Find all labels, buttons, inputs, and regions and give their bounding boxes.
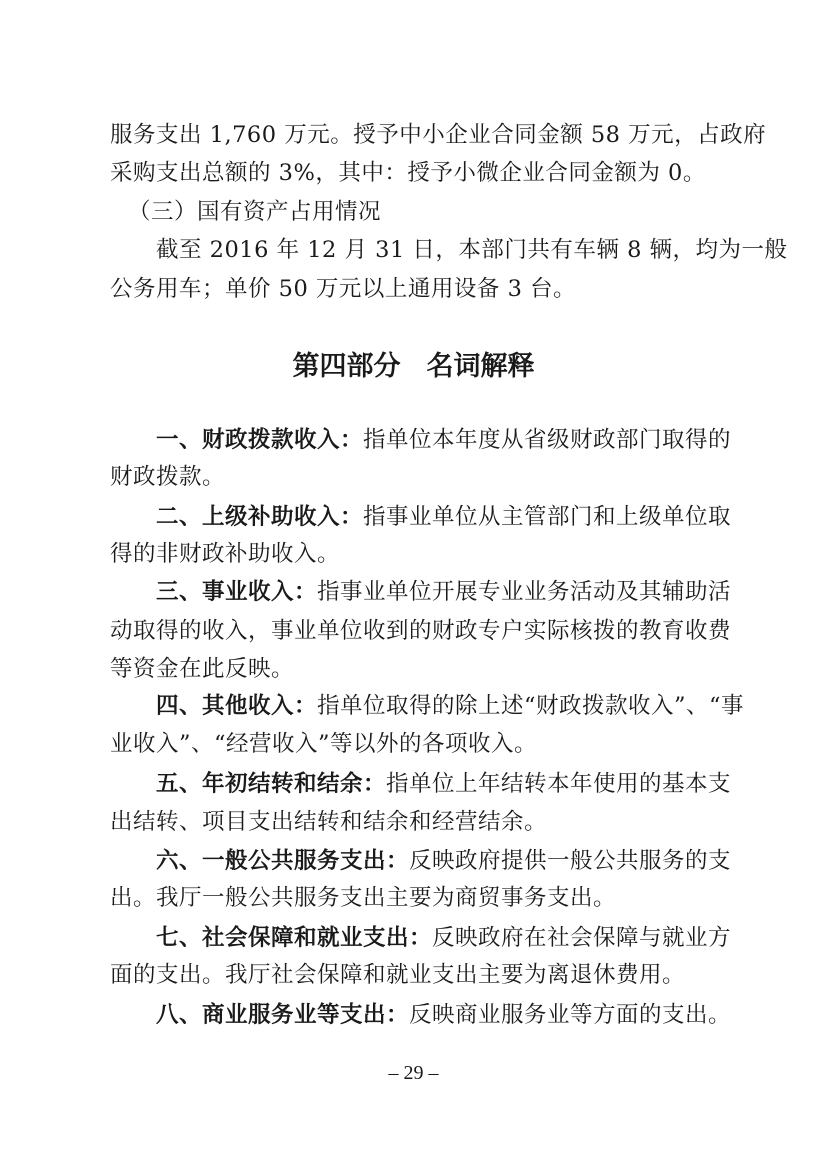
paragraph-line: 财政拨款。: [110, 463, 716, 491]
subsection-heading: （三）国有资产占用情况: [128, 198, 688, 226]
paragraph-line: 业收入”、“经营收入”等以外的各项收入。: [110, 730, 716, 758]
paragraph-line: 面的支出。我厅社会保障和就业支出主要为离退休费用。: [110, 961, 716, 989]
definition-term: 六、一般公共服务支出：: [156, 848, 409, 874]
page-number: – 29 –: [0, 1062, 827, 1085]
definition-text: 指单位取得的除上述“财政拨款收入”、“事: [317, 693, 744, 719]
definition-term: 五、年初结转和结余：: [156, 771, 386, 797]
section-title: 第四部分名词解释: [0, 344, 827, 383]
definition-4: 四、其他收入：指单位取得的除上述“财政拨款收入”、“事: [156, 692, 716, 720]
definition-term: 八、商业服务业等支出：: [156, 1002, 409, 1028]
paragraph-line: 服务支出 1,760 万元。授予中小企业合同金额 58 万元，占政府: [110, 121, 716, 149]
definition-term: 一、财政拨款收入：: [156, 427, 363, 453]
paragraph-line: 公务用车；单价 50 万元以上通用设备 3 台。: [110, 275, 716, 303]
definition-text: 指事业单位从主管部门和上级单位取: [363, 504, 731, 530]
paragraph-line: 得的非财政补助收入。: [110, 540, 716, 568]
paragraph-line: 截至 2016 年 12 月 31 日，本部门共有车辆 8 辆，均为一般: [156, 236, 716, 264]
definition-text: 反映政府在社会保障与就业方: [432, 925, 731, 951]
definition-term: 四、其他收入：: [156, 693, 317, 719]
definition-1: 一、财政拨款收入：指单位本年度从省级财政部门取得的: [156, 426, 716, 454]
definition-8: 八、商业服务业等支出：反映商业服务业等方面的支出。: [156, 1001, 716, 1029]
definition-7: 七、社会保障和就业支出：反映政府在社会保障与就业方: [156, 924, 716, 952]
paragraph-line: 出结转、项目支出结转和结余和经营结余。: [110, 808, 716, 836]
section-title-part: 第四部分: [293, 351, 401, 382]
definition-term: 二、上级补助收入：: [156, 504, 363, 530]
definition-text: 反映商业服务业等方面的支出。: [409, 1002, 731, 1028]
definition-2: 二、上级补助收入：指事业单位从主管部门和上级单位取: [156, 503, 716, 531]
definition-term: 七、社会保障和就业支出：: [156, 925, 432, 951]
definition-5: 五、年初结转和结余：指单位上年结转本年使用的基本支: [156, 770, 716, 798]
definition-text: 反映政府提供一般公共服务的支: [409, 848, 731, 874]
paragraph-line: 动取得的收入，事业单位收到的财政专户实际核拨的教育收费: [110, 617, 716, 645]
paragraph-line: 出。我厅一般公共服务支出主要为商贸事务支出。: [110, 884, 716, 912]
document-page: 服务支出 1,760 万元。授予中小企业合同金额 58 万元，占政府 采购支出总…: [0, 0, 827, 1169]
section-title-name: 名词解释: [427, 351, 535, 382]
definition-text: 指单位本年度从省级财政部门取得的: [363, 427, 731, 453]
paragraph-line: 采购支出总额的 3%，其中：授予小微企业合同金额为 0。: [110, 159, 716, 187]
definition-text: 指单位上年结转本年使用的基本支: [386, 771, 731, 797]
definition-text: 指事业单位开展专业业务活动及其辅助活: [317, 579, 731, 605]
definition-6: 六、一般公共服务支出：反映政府提供一般公共服务的支: [156, 847, 716, 875]
definition-3: 三、事业收入：指事业单位开展专业业务活动及其辅助活: [156, 578, 716, 606]
paragraph-line: 等资金在此反映。: [110, 655, 716, 683]
definition-term: 三、事业收入：: [156, 579, 317, 605]
